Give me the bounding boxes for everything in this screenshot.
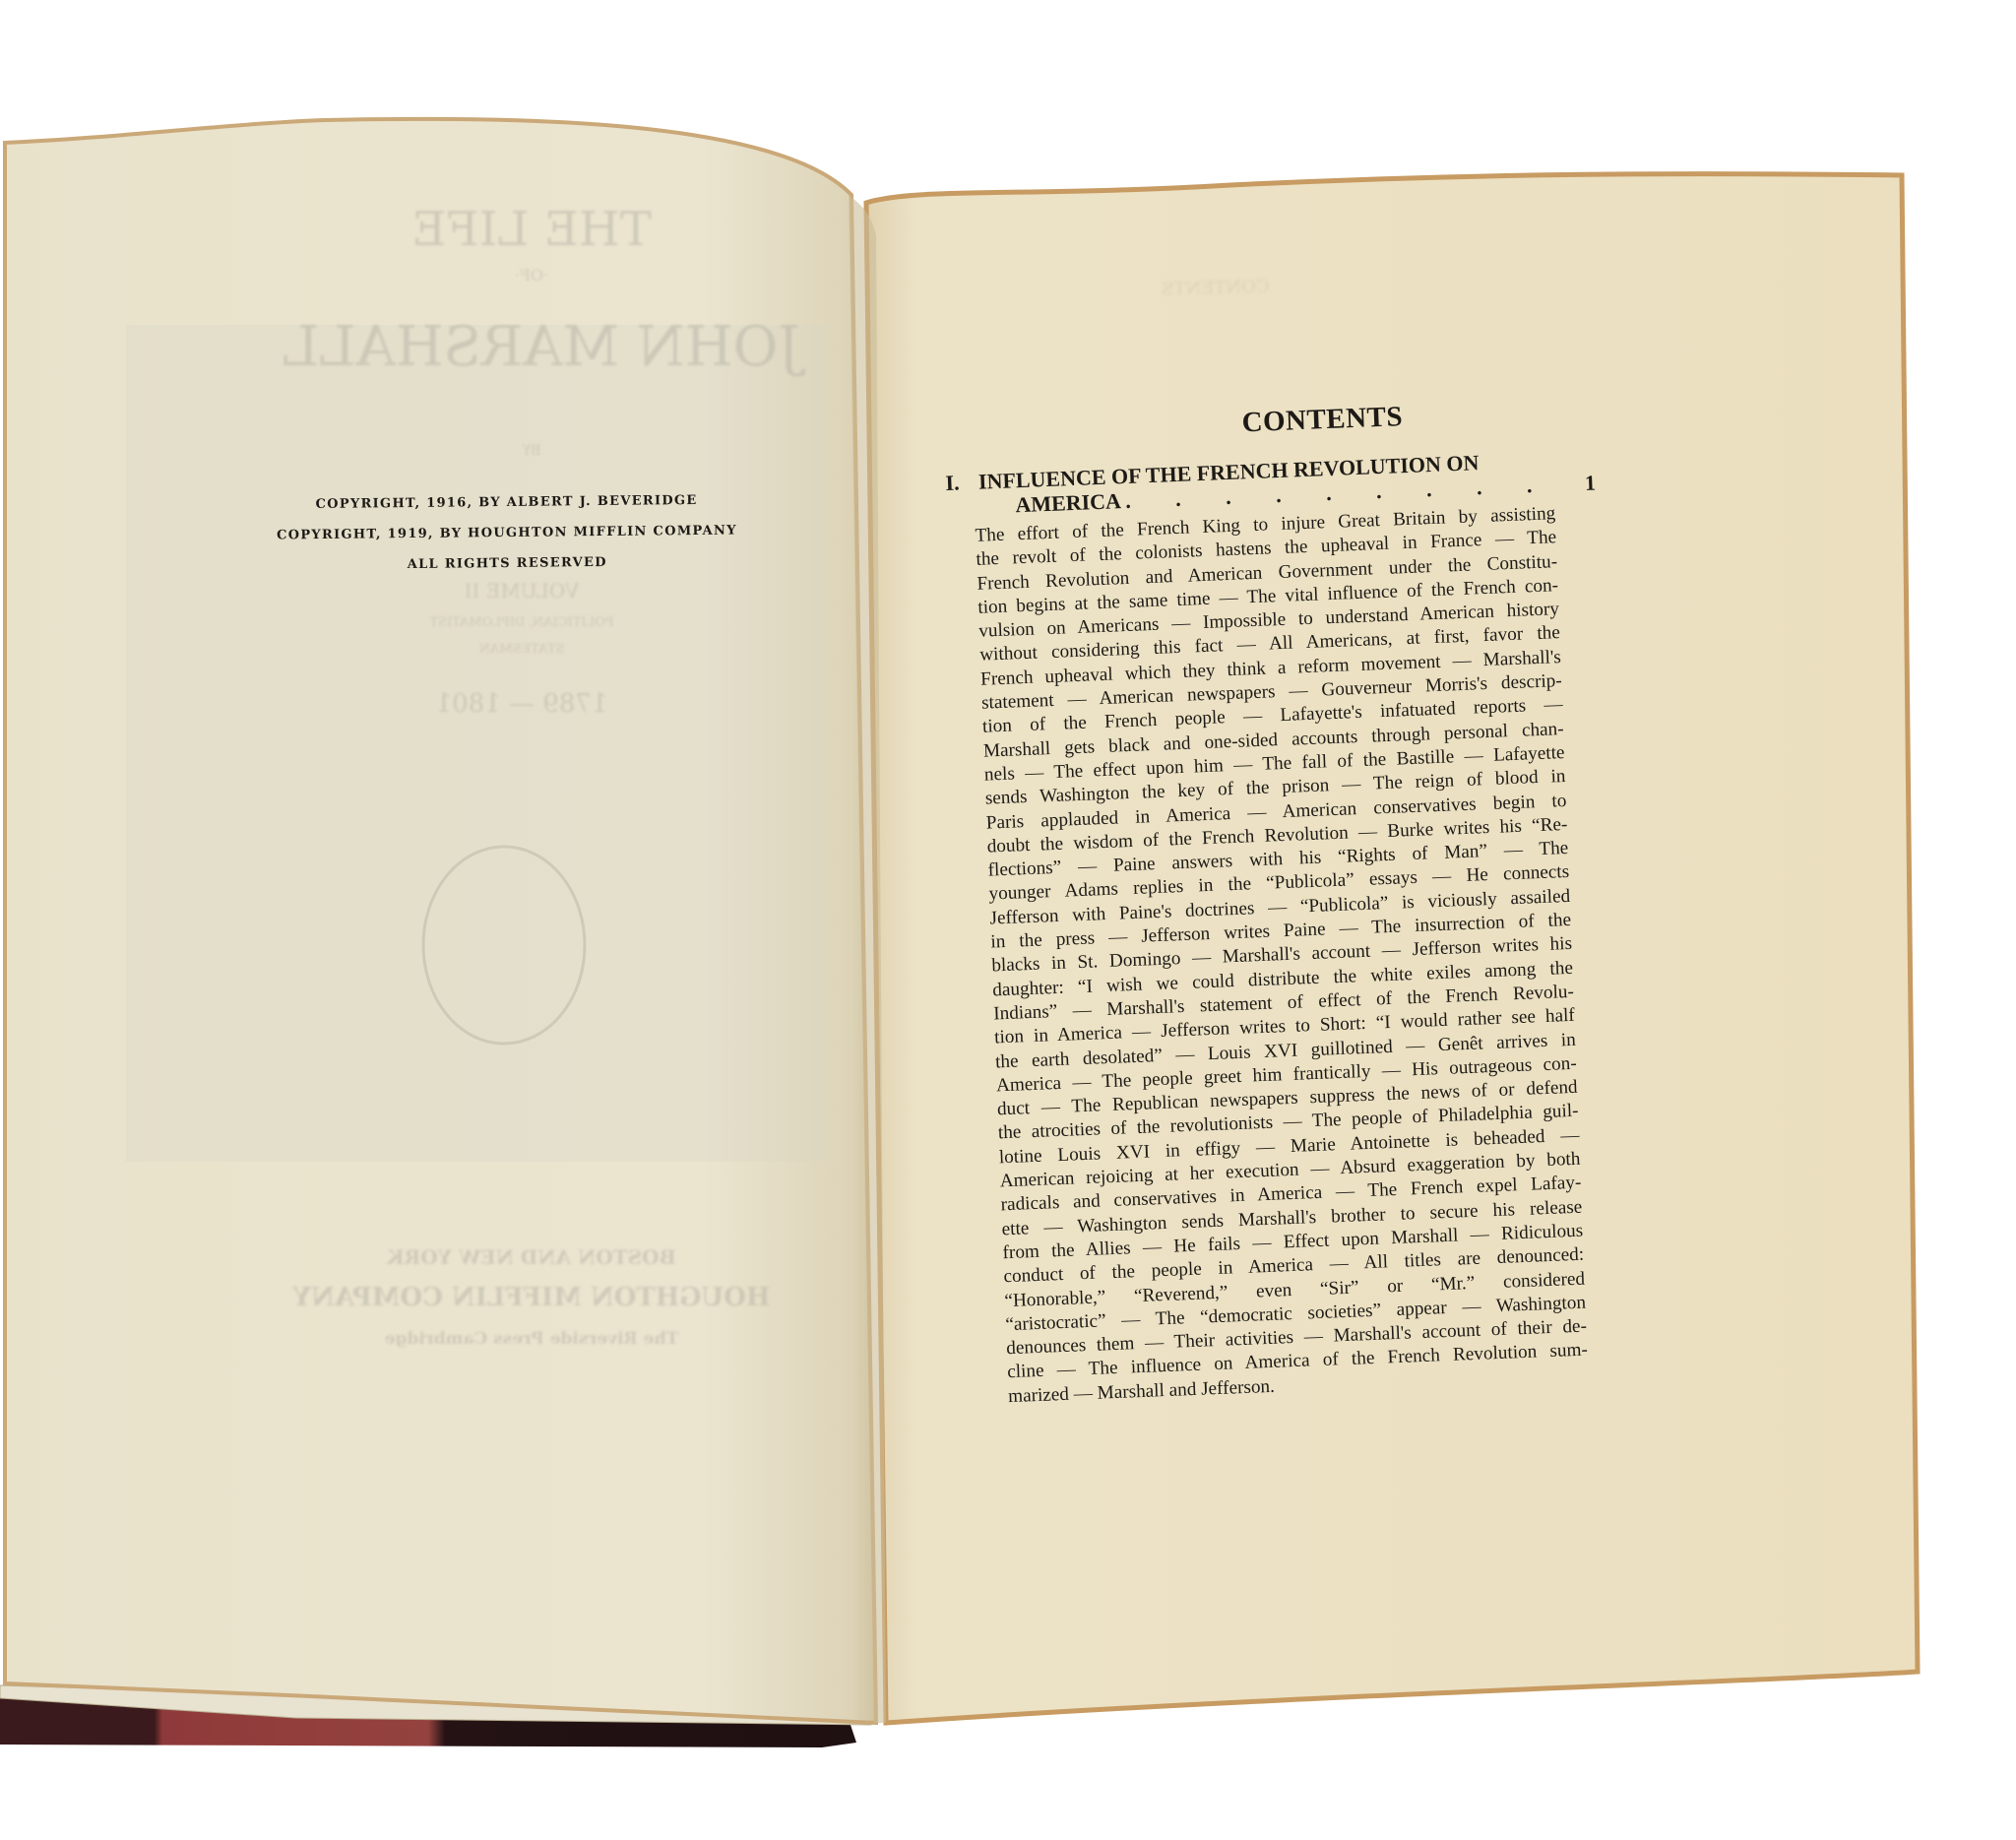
ghost-press: The Riverside Press Cambridge [335, 1329, 728, 1349]
contents-page: CONTENTS I. INFLUENCE OF THE FRENCH REVO… [943, 393, 1640, 1410]
chapter-number: I. [945, 470, 974, 495]
copyright-line-2: COPYRIGHT, 1919, BY HOUGHTON MIFFLIN COM… [276, 524, 738, 543]
ghost-contents-header: CONTENTS [1162, 277, 1270, 300]
ghost-subtitle2: STATESMAN [423, 642, 620, 657]
ghost-publisher: HOUGHTON MIFFLIN COMPANY [276, 1283, 787, 1312]
copyright-block: COPYRIGHT, 1916, BY ALBERT J. BEVERIDGE … [276, 493, 739, 590]
chapter-title-line2: AMERICA [1015, 488, 1120, 517]
ghost-years: 1789 — 1801 [404, 689, 640, 719]
book-photo: THE LIFE ·OF· JOHN MARSHALL BY VOLUME II… [0, 0, 2016, 1840]
ghost-publisher-city: BOSTON AND NEW YORK [335, 1245, 728, 1269]
ghost-title-line3: JOHN MARSHALL [236, 315, 847, 379]
ghost-title-line1: THE LIFE [394, 202, 669, 257]
chapter-summary: The effort of the French King to injure … [947, 502, 1589, 1410]
rights-reserved: ALL RIGHTS RESERVED [276, 554, 738, 574]
ghost-by: BY [472, 443, 591, 459]
ghost-subtitle1: POLITICIAN, DIPLOMATIST [374, 615, 669, 630]
ghost-title-of: ·OF· [472, 266, 591, 285]
chapter-page-number: 1 [1585, 471, 1597, 495]
